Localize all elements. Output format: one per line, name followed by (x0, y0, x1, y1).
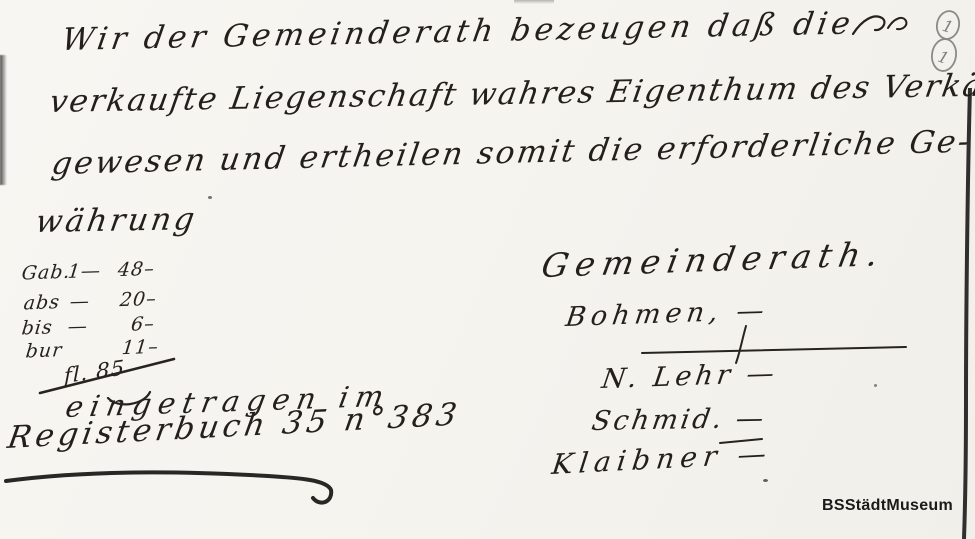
account-dash: — (69, 289, 111, 312)
signature-4: Klaibner — (550, 437, 774, 481)
circled-one-annotation: 1 (930, 37, 958, 72)
account-label: Gab. (21, 261, 70, 285)
corner-squiggle-mark (853, 16, 884, 34)
account-amount: 20 (109, 288, 147, 311)
account-suffix: – (143, 313, 163, 336)
pencil-circle (930, 37, 958, 72)
circled-number: 1 (940, 16, 956, 37)
body-line-4: währung (33, 201, 200, 240)
account-label: bis (21, 316, 70, 340)
body-line-2: verkaufte Liegenschaft wahres Eigenthum … (47, 66, 975, 120)
account-suffix: – (147, 336, 167, 359)
body-line-1: Wir der Gemeinderath bezeugen daß die (59, 5, 856, 58)
account-row: Gab. 1— 48 – (21, 258, 164, 285)
body-line-3: gewesen und ertheilen somit die erforder… (49, 124, 974, 182)
signature-underline (642, 347, 906, 353)
ink-speck (763, 479, 768, 482)
account-row: bur 11 – (25, 336, 168, 363)
account-suffix: – (145, 288, 165, 311)
account-row: bis — 6 – (21, 313, 164, 340)
account-dash: 1— (67, 259, 109, 282)
account-suffix: – (143, 258, 163, 281)
account-label: abs (23, 291, 72, 315)
signature-3: Schmid. — (590, 403, 769, 437)
flourish-swoosh (6, 472, 331, 502)
signature-comma-stroke (736, 326, 746, 363)
corner-squiggle-mark (888, 18, 906, 29)
signature-1: Bohmen, — (564, 295, 771, 333)
account-dash: — (67, 314, 109, 337)
scan-shadow-left-edge (0, 55, 7, 185)
ink-speck (874, 384, 877, 387)
pencil-circle (934, 9, 961, 41)
circled-one-annotation: 1 (934, 9, 961, 41)
account-amount: 6 (107, 313, 145, 336)
signature-2: N. Lehr — (600, 358, 780, 395)
account-label: bur (25, 339, 74, 363)
museum-watermark: BSStädtMuseum (822, 497, 953, 515)
council-heading: Gemeinderath. (539, 234, 889, 285)
account-row: abs — 20 – (23, 288, 166, 315)
ink-speck (208, 196, 212, 199)
circled-number: 1 (935, 47, 951, 68)
document-scan: Wir der Gemeinderath bezeugen daß die ve… (0, 0, 975, 539)
account-amount: 48 (107, 258, 145, 281)
scan-shadow-top-edge (514, 0, 554, 4)
